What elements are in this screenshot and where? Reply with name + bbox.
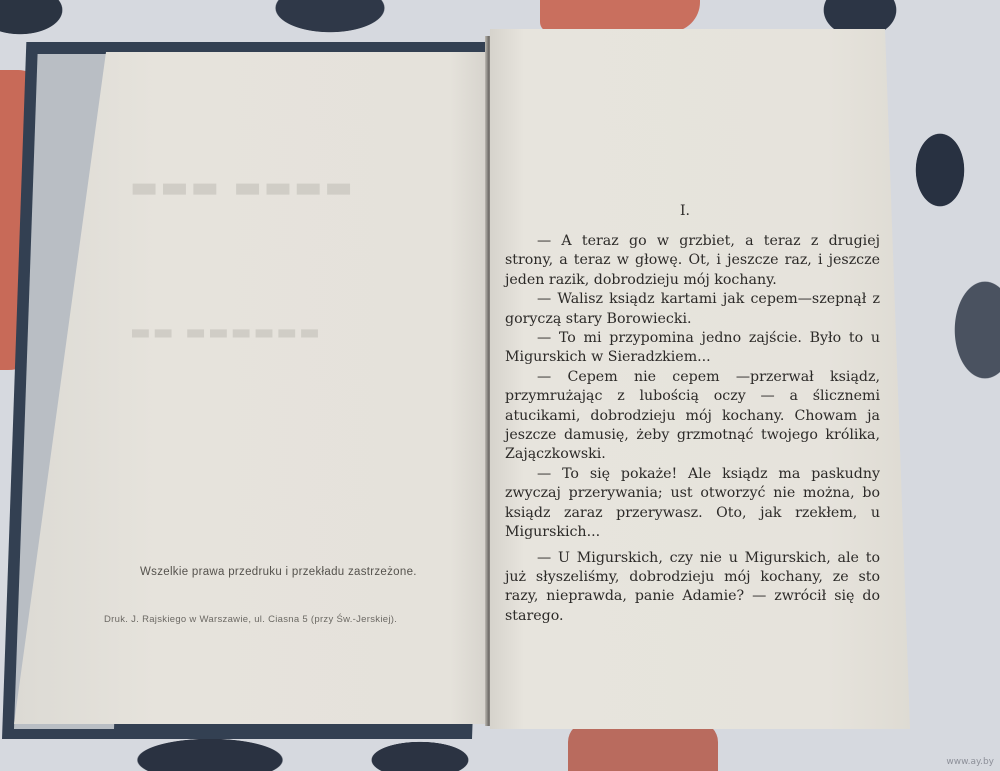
paragraph: — Cepem nie cepem —przerwał ksiądz, przy…	[505, 368, 880, 465]
rights-notice: Wszelkie prawa przedruku i przekładu zas…	[140, 566, 417, 578]
chapter-text: — A teraz go w grzbiet, a teraz z drugie…	[505, 232, 880, 626]
paragraph: — To się pokaże! Ale ksiądz ma paskudny …	[505, 465, 880, 543]
chapter-number: I.	[680, 203, 690, 219]
paragraph: — Walisz ksiądz kartami jak cepem—szepną…	[505, 290, 880, 329]
paragraph: — U Migurskich, czy nie u Migurskich, al…	[505, 549, 880, 627]
blanket-coral-patch	[568, 722, 718, 771]
blanket-coral-patch	[540, 0, 700, 32]
paragraph: — To mi przypomina jedno zajście. Było t…	[505, 329, 880, 368]
bleed-through-subtitle: ▬▬ ▬▬▬▬▬▬	[130, 320, 450, 345]
watermark: www.ay.by	[946, 757, 994, 767]
bleed-through-title: ▬▬▬ ▬▬▬▬	[130, 170, 450, 205]
printer-imprint: Druk. J. Rajskiego w Warszawie, ul. Cias…	[104, 614, 397, 625]
paragraph: — A teraz go w grzbiet, a teraz z drugie…	[505, 232, 880, 290]
